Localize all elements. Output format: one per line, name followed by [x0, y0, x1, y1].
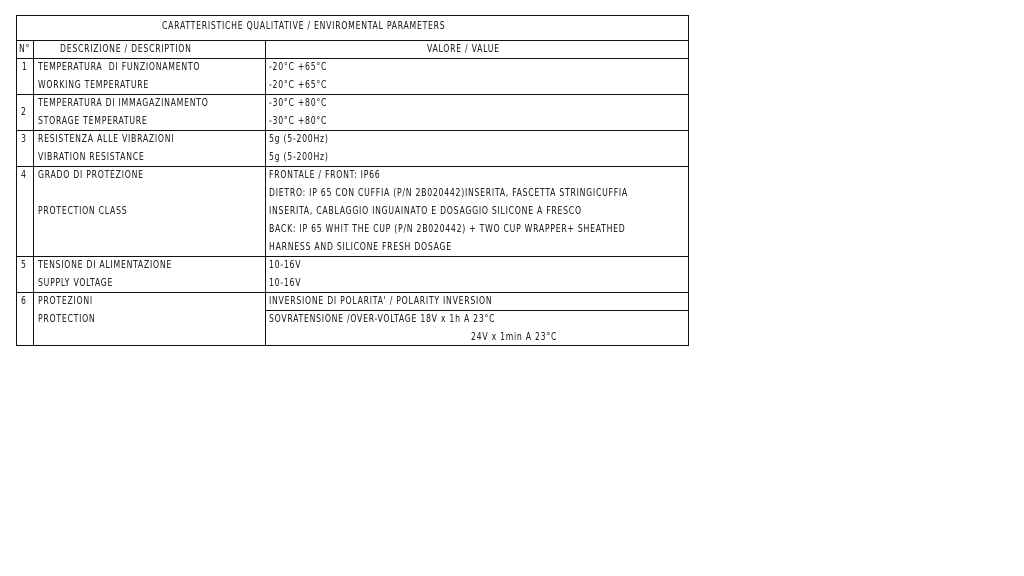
- row-value: HARNESS AND SILICONE FRESH DOSAGE: [269, 240, 452, 254]
- divider: [16, 292, 689, 293]
- row-value: 10-16V: [269, 276, 301, 290]
- row-value: 24V x 1min A 23°C: [471, 330, 557, 344]
- row-description-it: PROTEZIONI: [38, 294, 93, 308]
- header-description: DESCRIZIONE / DESCRIPTION: [60, 42, 192, 56]
- divider: [16, 94, 689, 95]
- row-description-en: STORAGE TEMPERATURE: [38, 114, 148, 128]
- row-value: -20°C +65°C: [269, 60, 327, 74]
- row-description-en: PROTECTION: [38, 312, 95, 326]
- header-number: N°: [19, 42, 30, 56]
- row-number: 3: [21, 132, 27, 146]
- divider: [16, 256, 689, 257]
- row-description-it: GRADO DI PROTEZIONE: [38, 168, 144, 182]
- row-description-en: VIBRATION RESISTANCE: [38, 150, 145, 164]
- row-value: 5g (5-200Hz): [269, 150, 329, 164]
- divider: [16, 130, 689, 131]
- row-value: 10-16V: [269, 258, 301, 272]
- row-value: INVERSIONE DI POLARITA' / POLARITY INVER…: [269, 294, 492, 308]
- divider: [16, 166, 689, 167]
- divider: [33, 40, 34, 346]
- row-description-en: SUPPLY VOLTAGE: [38, 276, 113, 290]
- row-value: SOVRATENSIONE /OVER-VOLTAGE 18V x 1h A 2…: [269, 312, 495, 326]
- row-description-en: PROTECTION CLASS: [38, 204, 127, 218]
- row-value: BACK: IP 65 WHIT THE CUP (P/N 2B020442) …: [269, 222, 625, 236]
- row-description-en: WORKING TEMPERATURE: [38, 78, 149, 92]
- divider: [265, 40, 266, 346]
- row-number: 4: [21, 168, 27, 182]
- divider: [16, 40, 689, 41]
- row-description-it: TEMPERATURA DI FUNZIONAMENTO: [38, 60, 200, 74]
- row-description-it: TENSIONE DI ALIMENTAZIONE: [38, 258, 172, 272]
- row-number: 5: [21, 258, 27, 272]
- divider: [16, 58, 689, 59]
- row-number: 6: [21, 294, 27, 308]
- row-description-it: TEMPERATURA DI IMMAGAZINAMENTO: [38, 96, 209, 110]
- table-title: CARATTERISTICHE QUALITATIVE / ENVIROMENT…: [162, 19, 445, 33]
- divider: [265, 310, 689, 311]
- row-number: 2: [21, 105, 27, 119]
- row-value: INSERITA, CABLAGGIO INGUAINATO E DOSAGGI…: [269, 204, 582, 218]
- header-value: VALORE / VALUE: [427, 42, 500, 56]
- row-value: -30°C +80°C: [269, 96, 327, 110]
- row-value: FRONTALE / FRONT: IP66: [269, 168, 380, 182]
- row-value: -20°C +65°C: [269, 78, 327, 92]
- row-value: -30°C +80°C: [269, 114, 327, 128]
- row-description-it: RESISTENZA ALLE VIBRAZIONI: [38, 132, 174, 146]
- row-value: 5g (5-200Hz): [269, 132, 329, 146]
- row-value: DIETRO: IP 65 CON CUFFIA (P/N 2B020442)I…: [269, 186, 628, 200]
- row-number: 1: [22, 60, 28, 74]
